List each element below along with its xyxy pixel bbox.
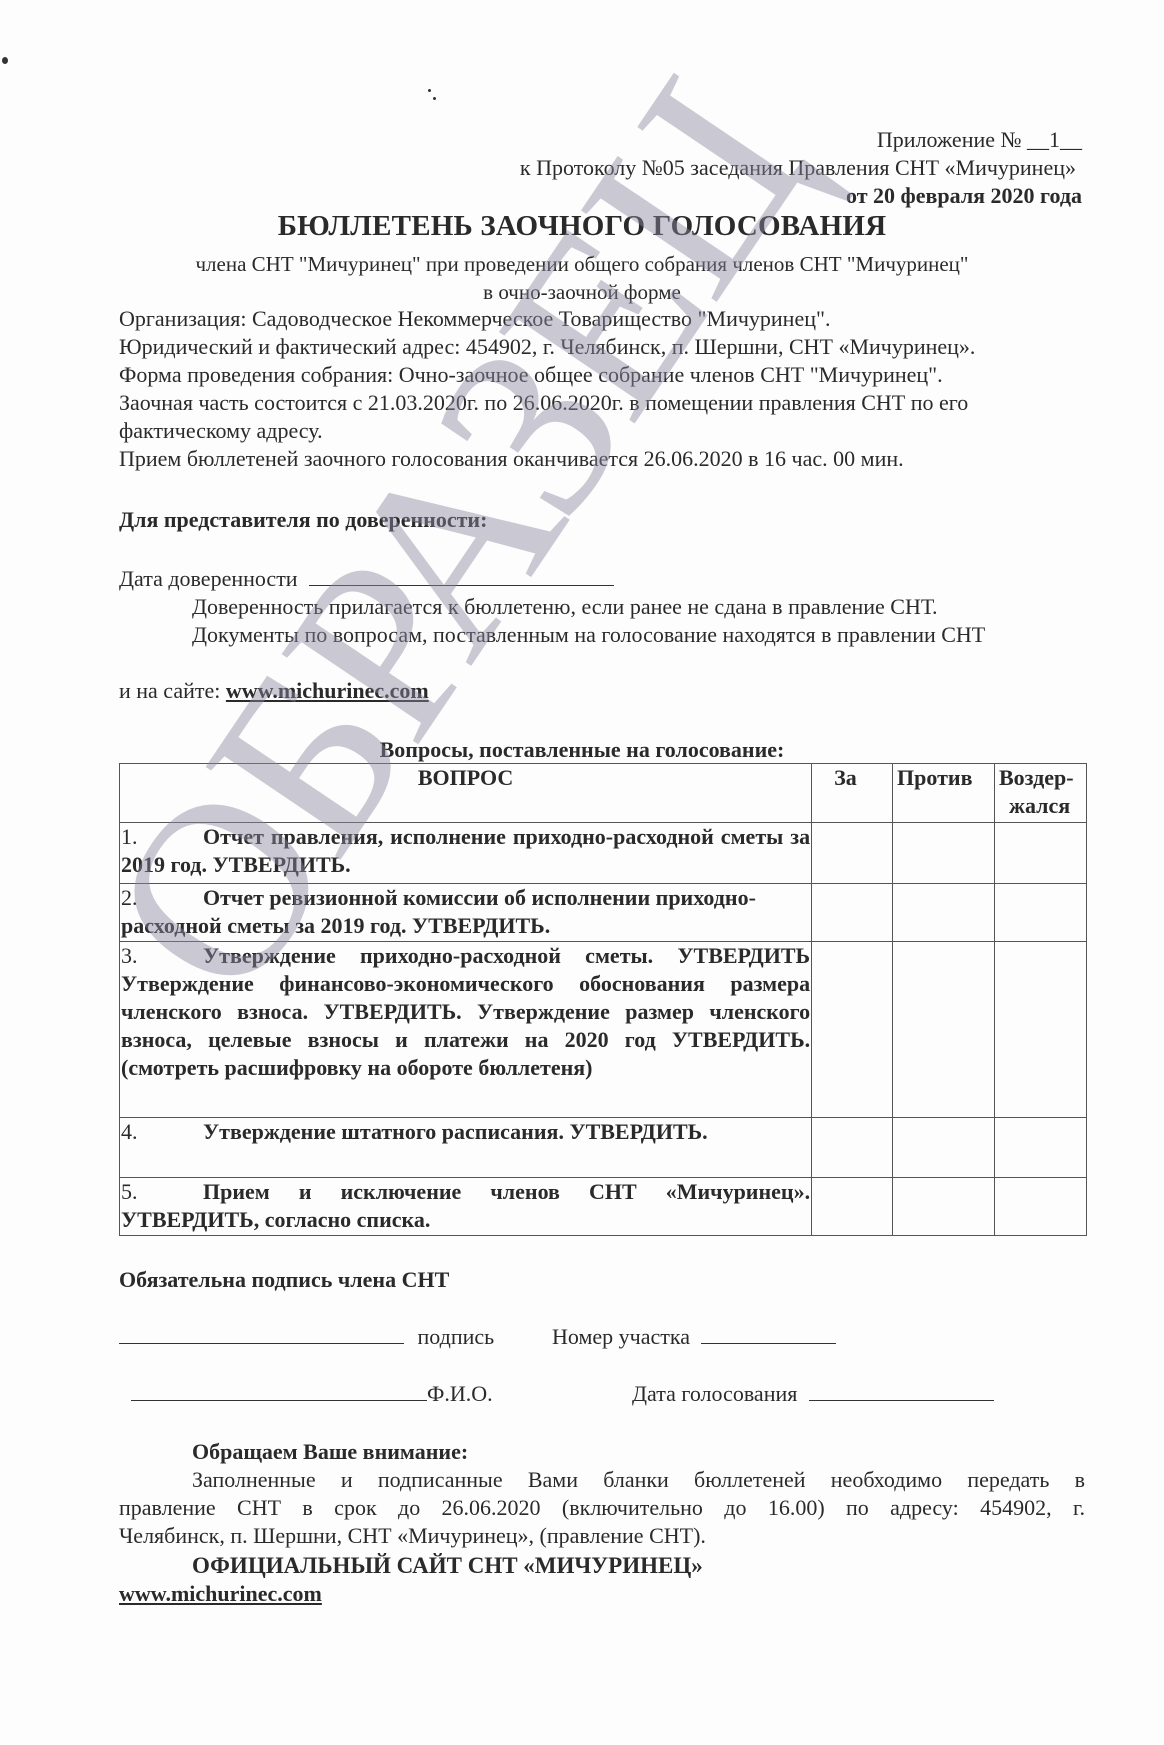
vote-abstain-cell[interactable]	[995, 884, 1087, 942]
name-row: Ф.И.О.	[131, 1380, 493, 1408]
proxy-date-field[interactable]	[309, 567, 614, 586]
signature-row: подпись	[119, 1323, 494, 1351]
meeting-form-line: Форма проведения собрания: Очно-заочное …	[119, 361, 943, 389]
vote-for-cell[interactable]	[812, 1118, 893, 1178]
header-abstain-line-1: Воздер-	[999, 765, 1074, 790]
question-row: 4.Утверждение штатного расписания. УТВЕР…	[120, 1118, 1087, 1178]
votes-caption: Вопросы, поставленные на голосование:	[0, 736, 1164, 764]
scan-speck	[2, 57, 8, 64]
vote-against-cell[interactable]	[893, 1118, 995, 1178]
protocol-date: от 20 февраля 2020 года	[846, 182, 1082, 210]
subtitle-line-1: члена СНТ "Мичуринец" при проведении общ…	[0, 250, 1164, 278]
official-site-heading: ОФИЦИАЛЬНЫЙ САЙТ СНТ «МИЧУРИНЕЦ»	[192, 1552, 703, 1580]
question-row: 2.Отчет ревизионной комиссии об исполнен…	[120, 884, 1087, 942]
protocol-reference: к Протоколу №05 заседания Правления СНТ …	[520, 154, 1076, 182]
proxy-date-label: Дата доверенности	[119, 566, 298, 591]
full-name-field[interactable]	[131, 1382, 427, 1401]
proxy-site-line: и на сайте: www.michurinec.com	[119, 677, 429, 705]
deadline-line: Прием бюллетеней заочного голосования ок…	[119, 445, 904, 473]
document-title: БЮЛЛЕТЕНЬ ЗАОЧНОГО ГОЛОСОВАНИЯ	[0, 210, 1164, 243]
proxy-site-link[interactable]: www.michurinec.com	[226, 678, 429, 703]
notice-line-3: Челябинск, п. Шершни, СНТ «Мичуринец», (…	[119, 1522, 1085, 1550]
ballot-page: Приложение № __1__ к Протоколу №05 засед…	[0, 0, 1164, 1745]
question-text: 1.Отчет правления, исполнение приходно-р…	[120, 823, 812, 884]
question-number: 1.	[121, 823, 203, 851]
period-line-2: фактическому адресу.	[119, 417, 323, 445]
vote-for-cell[interactable]	[812, 884, 893, 942]
question-body: Отчет ревизионной комиссии об исполнении…	[121, 885, 756, 938]
proxy-site-prefix: и на сайте:	[119, 678, 226, 703]
header-question: ВОПРОС	[120, 764, 812, 823]
notice-heading: Обращаем Ваше внимание:	[192, 1438, 468, 1466]
period-line-1: Заочная часть состоится с 21.03.2020г. п…	[119, 389, 968, 417]
appendix-number: Приложение № __1__	[877, 126, 1082, 154]
vote-against-cell[interactable]	[893, 823, 995, 884]
question-body: Прием и исключение членов СНТ «Мичуринец…	[121, 1179, 810, 1232]
plot-number-label: Номер участка	[552, 1324, 690, 1349]
plot-number-row: Номер участка	[552, 1323, 836, 1351]
vote-for-cell[interactable]	[812, 1178, 893, 1236]
question-body: Отчет правления, исполнение приходно-рас…	[121, 824, 810, 877]
question-body: Утверждение штатного расписания. УТВЕРДИ…	[203, 1119, 708, 1144]
subtitle-line-2: в очно-заочной форме	[0, 278, 1164, 306]
vote-against-cell[interactable]	[893, 884, 995, 942]
header-abstain: Воздер- жался	[995, 764, 1087, 823]
question-number: 3.	[121, 942, 203, 970]
address-line: Юридический и фактический адрес: 454902,…	[119, 333, 975, 361]
notice-body: Заполненные и подписанные Вами бланки бю…	[119, 1466, 1085, 1550]
notice-line-1: Заполненные и подписанные Вами бланки бю…	[119, 1466, 1085, 1494]
question-text: 4.Утверждение штатного расписания. УТВЕР…	[120, 1118, 812, 1178]
signature-heading: Обязательна подпись члена СНТ	[119, 1266, 449, 1294]
signature-label: подпись	[418, 1324, 495, 1349]
organization-line: Организация: Садоводческое Некоммерческо…	[119, 305, 830, 333]
plot-number-field[interactable]	[701, 1325, 836, 1344]
proxy-date-row: Дата доверенности	[119, 565, 614, 593]
official-site-link[interactable]: www.michurinec.com	[119, 1580, 322, 1608]
vote-abstain-cell[interactable]	[995, 1178, 1087, 1236]
question-row: 1.Отчет правления, исполнение приходно-р…	[120, 823, 1087, 884]
proxy-heading: Для представителя по доверенности:	[119, 506, 487, 534]
header-abstain-line-2: жался	[999, 793, 1070, 818]
question-body: Утверждение приходно-расходной сметы. УТ…	[121, 943, 810, 1080]
question-number: 2.	[121, 884, 203, 912]
vote-date-row: Дата голосования	[632, 1380, 994, 1408]
vote-abstain-cell[interactable]	[995, 1118, 1087, 1178]
question-text: 2.Отчет ревизионной комиссии об исполнен…	[120, 884, 812, 942]
scan-speck	[433, 97, 436, 100]
header-for: За	[812, 764, 893, 823]
full-name-label: Ф.И.О.	[427, 1381, 493, 1406]
notice-line-2: правление СНТ в срок до 26.06.2020 (вклю…	[119, 1494, 1085, 1522]
votes-table: ВОПРОС За Против Воздер- жался 1.Отчет п…	[119, 763, 1087, 1236]
question-number: 5.	[121, 1178, 203, 1206]
vote-date-field[interactable]	[809, 1382, 994, 1401]
vote-abstain-cell[interactable]	[995, 942, 1087, 1118]
vote-against-cell[interactable]	[893, 1178, 995, 1236]
vote-against-cell[interactable]	[893, 942, 995, 1118]
scan-speck	[428, 89, 431, 92]
vote-for-cell[interactable]	[812, 823, 893, 884]
proxy-note-2: Документы по вопросам, поставленным на г…	[192, 621, 985, 649]
vote-for-cell[interactable]	[812, 942, 893, 1118]
vote-abstain-cell[interactable]	[995, 823, 1087, 884]
question-number: 4.	[121, 1118, 203, 1146]
header-against: Против	[893, 764, 995, 823]
question-row: 3.Утверждение приходно-расходной сметы. …	[120, 942, 1087, 1118]
vote-date-label: Дата голосования	[632, 1381, 797, 1406]
proxy-note-1: Доверенность прилагается к бюллетеню, ес…	[192, 593, 938, 621]
votes-header-row: ВОПРОС За Против Воздер- жался	[120, 764, 1087, 823]
question-row: 5.Прием и исключение членов СНТ «Мичурин…	[120, 1178, 1087, 1236]
question-text: 5.Прием и исключение членов СНТ «Мичурин…	[120, 1178, 812, 1236]
question-text: 3.Утверждение приходно-расходной сметы. …	[120, 942, 812, 1118]
signature-field[interactable]	[119, 1325, 404, 1344]
